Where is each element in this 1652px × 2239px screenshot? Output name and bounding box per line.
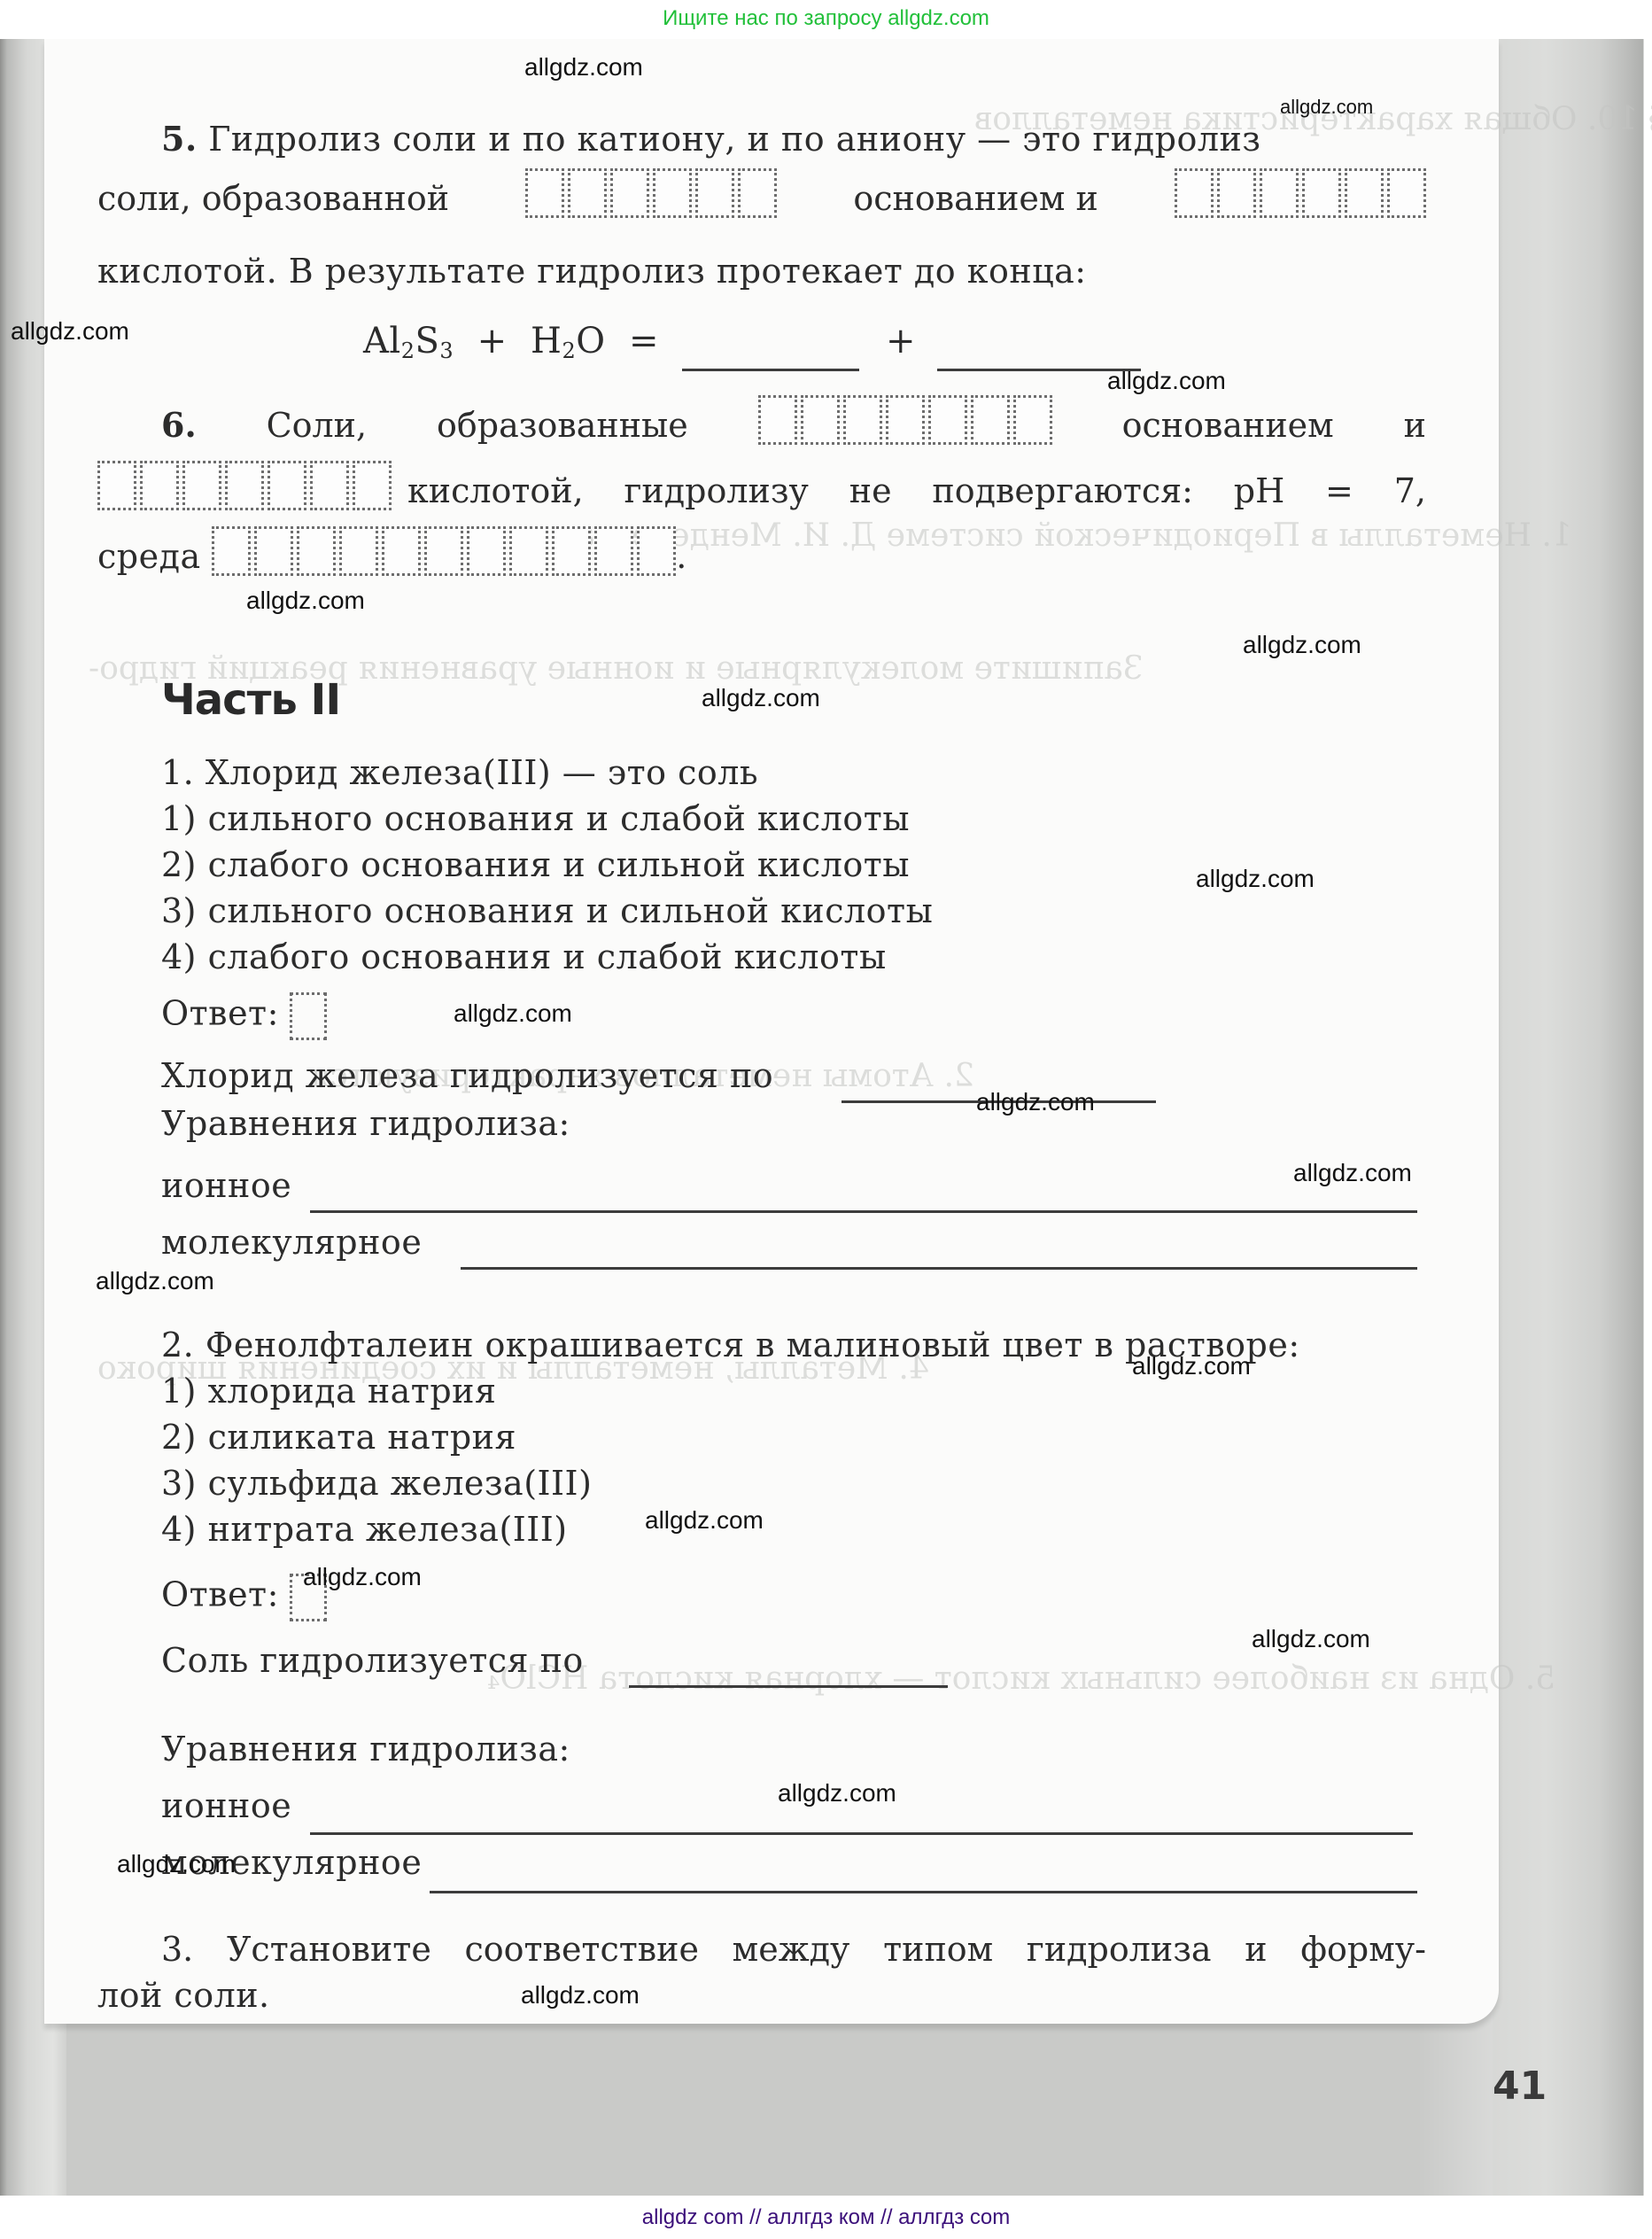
footer-links-text[interactable]: allgdz com // аллгдз ком // аллгдз com [642, 2205, 1010, 2229]
watermark: allgdz.com [1243, 631, 1361, 659]
q1-option-2[interactable]: 2) слабого основания и сильной кислоты [161, 845, 910, 884]
q2-option-4[interactable]: 4) нитрата железа(III) [161, 1510, 568, 1549]
q1-equations-label: Уравнения гидролиза: [161, 1104, 570, 1143]
letter-box[interactable] [382, 526, 421, 576]
q2-option-2[interactable]: 2) силиката натрия [161, 1418, 516, 1457]
q2-equations-label: Уравнения гидролиза: [161, 1730, 570, 1769]
part2-heading: Часть II [161, 675, 340, 725]
letter-box[interactable] [424, 526, 463, 576]
q2-molecular-equation-blank[interactable] [430, 1891, 1417, 1893]
letter-box[interactable] [353, 461, 392, 510]
bleed-through-text: 1. Неметаллы в Периодической системе Д. … [576, 517, 1572, 554]
task5-acid-letter-boxes[interactable] [1175, 168, 1426, 218]
letter-box[interactable] [552, 526, 591, 576]
task5-text: Гидролиз соли и по катиону, и по аниону … [208, 120, 1260, 159]
watermark: allgdz.com [1280, 96, 1373, 119]
letter-box[interactable] [509, 526, 548, 576]
letter-box[interactable] [1013, 395, 1052, 445]
watermark: allgdz.com [117, 1850, 236, 1878]
letter-box[interactable] [653, 168, 692, 218]
task5-line2: соли, образованной основанием и [97, 168, 1426, 218]
task6-acid-letter-boxes[interactable] [97, 461, 392, 510]
letter-box[interactable] [928, 395, 967, 445]
watermark: allgdz.com [1132, 1352, 1251, 1380]
letter-box[interactable] [801, 395, 840, 445]
task5-equation: Al2S3 + H2O = [363, 321, 659, 362]
task5-line3: кислотой. В результате гидролиз протекае… [97, 252, 1087, 291]
scanned-page: § 10. Общая характеристика неметаллов 1.… [0, 39, 1652, 2196]
task6-text-formed: образованные [437, 406, 688, 445]
letter-box[interactable] [254, 526, 293, 576]
letter-box[interactable] [1217, 168, 1256, 218]
task6-base-letter-boxes[interactable] [758, 395, 1052, 445]
watermark: allgdz.com [303, 1563, 422, 1591]
task6-text-salts: Соли, [267, 406, 368, 445]
letter-box[interactable] [310, 461, 349, 510]
letter-box[interactable] [1387, 168, 1426, 218]
equation-al: Al [363, 321, 401, 362]
task6-medium-letter-boxes[interactable] [212, 526, 676, 576]
letter-box[interactable] [297, 526, 336, 576]
letter-box[interactable] [97, 461, 136, 510]
search-banner-text[interactable]: Ищите нас по запросу allgdz.com [663, 6, 989, 30]
task6-text-medium: среда [97, 537, 201, 576]
equation-plus: + [477, 321, 508, 362]
letter-box[interactable] [525, 168, 564, 218]
q1-option-3[interactable]: 3) сильного основания и сильной кислоты [161, 891, 933, 930]
letter-box[interactable] [738, 168, 777, 218]
q1-answer-box[interactable] [290, 992, 327, 1040]
task5-text-base: основанием и [853, 179, 1098, 218]
q1-answer-label: Ответ: [161, 994, 279, 1033]
letter-box[interactable] [212, 526, 251, 576]
watermark: allgdz.com [521, 1981, 640, 2010]
q1-ionic-equation-blank[interactable] [310, 1210, 1417, 1213]
q2-answer-label: Ответ: [161, 1575, 279, 1614]
task5-base-letter-boxes[interactable] [525, 168, 777, 218]
q2-option-1[interactable]: 1) хлорида натрия [161, 1372, 496, 1411]
q3-line1: 3. Установите соответствие между типом г… [161, 1930, 1426, 1969]
footer-links[interactable]: allgdz com // аллгдз ком // аллгдз com [0, 2196, 1652, 2239]
watermark: allgdz.com [524, 53, 643, 82]
q1-answer: Ответ: [161, 992, 327, 1040]
task6-text-base: основанием [1122, 406, 1334, 445]
q1-option-4[interactable]: 4) слабого основания и слабой кислоты [161, 937, 887, 976]
letter-box[interactable] [971, 395, 1010, 445]
page-edge [1493, 39, 1652, 2196]
task6-line3: среда . [97, 526, 687, 576]
equation-s: S [415, 321, 439, 362]
q3-line2: лой соли. [97, 1976, 270, 2015]
letter-box[interactable] [1260, 168, 1299, 218]
watermark: allgdz.com [778, 1779, 896, 1808]
letter-box[interactable] [182, 461, 221, 510]
task6-text-ph: кислотой, гидролизу не подвергаются: pH … [407, 471, 1426, 510]
q1-stem: 1. Хлорид железа(III) — это соль [161, 753, 758, 792]
q1-option-1[interactable]: 1) сильного основания и слабой кислоты [161, 799, 910, 838]
task6-period: . [676, 537, 687, 576]
letter-box[interactable] [268, 461, 306, 510]
task6-text-and: и [1404, 406, 1426, 445]
equation-h: H [531, 321, 562, 362]
letter-box[interactable] [610, 168, 649, 218]
q2-ionic-label: ионное [161, 1786, 291, 1825]
watermark: allgdz.com [1107, 367, 1226, 395]
task6-line1: 6. Соли, образованные основанием и [161, 395, 1426, 445]
bleed-through-text: 5. Одна из наиболее сильных кислот — хло… [487, 1660, 1555, 1697]
equation-o: O [576, 321, 605, 362]
watermark: allgdz.com [1196, 865, 1315, 893]
watermark: allgdz.com [96, 1267, 214, 1295]
letter-box[interactable] [1175, 168, 1214, 218]
q2-stem: 2. Фенолфталеин окрашивается в малиновый… [161, 1326, 1300, 1364]
q2-answer: Ответ: [161, 1574, 327, 1621]
watermark: allgdz.com [454, 999, 572, 1028]
letter-box[interactable] [758, 395, 797, 445]
page-number: 41 [1493, 2064, 1547, 2109]
q2-ionic-equation-blank[interactable] [310, 1832, 1413, 1835]
equation-sub: 2 [401, 338, 415, 363]
letter-box[interactable] [843, 395, 882, 445]
equation-product1-blank[interactable] [682, 369, 859, 371]
equation-sub: 3 [439, 338, 454, 363]
watermark: allgdz.com [246, 587, 365, 615]
search-banner[interactable]: Ищите нас по запросу allgdz.com [0, 0, 1652, 37]
letter-box[interactable] [594, 526, 633, 576]
letter-box[interactable] [637, 526, 676, 576]
watermark: allgdz.com [1293, 1159, 1412, 1187]
letter-box[interactable] [568, 168, 607, 218]
watermark: allgdz.com [976, 1088, 1095, 1116]
q1-hydrolysis-by: Хлорид железа гидролизуется по [161, 1056, 773, 1095]
watermark: allgdz.com [702, 684, 820, 712]
q2-option-3[interactable]: 3) сульфида железа(III) [161, 1464, 592, 1503]
q2-hydrolysis-by: Соль гидролизуется по [161, 1641, 584, 1680]
letter-box[interactable] [467, 526, 506, 576]
letter-box[interactable] [140, 461, 179, 510]
q2-hydrolysis-type-blank[interactable] [629, 1685, 948, 1688]
task6-number: 6. [161, 405, 197, 445]
task5-line1: 5. Гидролиз соли и по катиону, и по анио… [161, 119, 1261, 159]
watermark: allgdz.com [1252, 1625, 1370, 1653]
task6-line2: кислотой, гидролизу не подвергаются: pH … [97, 461, 1426, 510]
equation-equals: = [629, 321, 659, 362]
equation-plus2: + [886, 321, 916, 362]
watermark: allgdz.com [11, 317, 129, 346]
watermark: allgdz.com [645, 1506, 764, 1535]
q1-molecular-equation-blank[interactable] [461, 1267, 1417, 1270]
letter-box[interactable] [1345, 168, 1384, 218]
task5-text-formed: соли, образованной [97, 179, 449, 218]
equation-sub: 2 [562, 338, 576, 363]
q1-ionic-label: ионное [161, 1166, 291, 1205]
letter-box[interactable] [1302, 168, 1341, 218]
letter-box[interactable] [225, 461, 264, 510]
letter-box[interactable] [886, 395, 925, 445]
q3-text: 3. Установите соответствие между типом г… [161, 1930, 1426, 1969]
letter-box[interactable] [339, 526, 378, 576]
q1-molecular-label: молекулярное [161, 1223, 422, 1262]
letter-box[interactable] [695, 168, 734, 218]
task5-number: 5. [161, 119, 198, 159]
